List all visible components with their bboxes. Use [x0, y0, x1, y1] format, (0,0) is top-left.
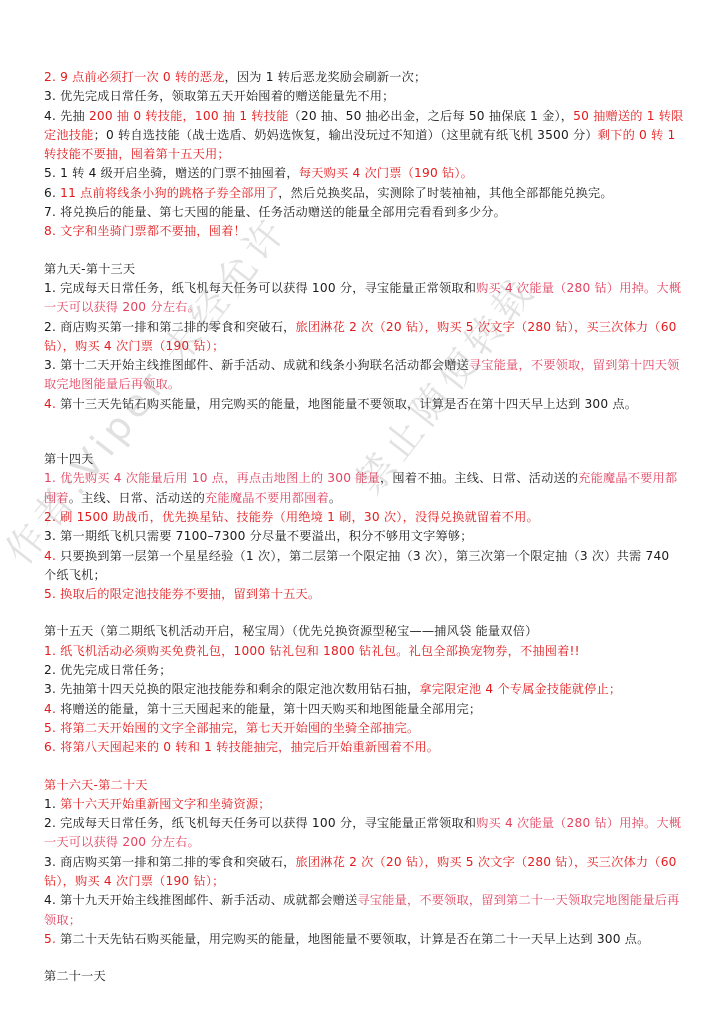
list-item: 2. 刷 1500 助战币，优先换星钻、技能券（用绝境 1 刷，30 次），没得…	[44, 508, 684, 527]
list-item: 2. 商店购买第一排和第二排的零食和突破石，旅团淋花 2 次（20 钻），购买 …	[44, 318, 684, 357]
text-run: 。	[329, 491, 341, 505]
text-run: 200 抽 0 转技能，100 抽 1 转技能	[89, 109, 289, 123]
text-run: 将赠送的能量，第十三天囤起来的能量，第十四天购买和地图能量全部用完；	[60, 702, 481, 716]
section-spacer	[44, 758, 684, 776]
list-item: 2. 优先完成日常任务；	[44, 661, 684, 680]
text-run: （20 抽、50 抽必出金，之后每 50 抽保底 1 金），	[289, 109, 574, 123]
day-section: 第九天-第十三天1. 完成每天日常任务，纸飞机每天任务可以获得 100 分，寻宝…	[44, 260, 684, 414]
text-run: 4. 先抽	[44, 109, 89, 123]
text-run: 4. 第十九天开始主线推图邮件、新手活动、成就都会赠送	[44, 893, 357, 907]
text-run: 2.	[44, 70, 60, 84]
text-run: 9 点前必须打一次 0 转的恶龙	[60, 70, 224, 84]
list-item: 4. 第十三天先钻石购买能量，用完购买的能量，地图能量不要领取，计算是否在第十四…	[44, 395, 684, 414]
text-run: 只要换到第一层第一个星星经验（1 次），第二层第一个限定抽（3 次），第三次第一…	[44, 549, 669, 582]
section-heading: 第十六天-第二十天	[44, 776, 684, 795]
text-run: 第十三天先钻石购买能量，用完购买的能量，地图能量不要领取，计算是否在第十四天早上…	[60, 397, 637, 411]
text-run: 7. 将兑换后的能量、第七天囤的能量、任务活动赠送的能量全部用完看看到多少分。	[44, 205, 506, 219]
list-item: 1. 完成每天日常任务，纸飞机每天任务可以获得 100 分，寻宝能量正常领取和购…	[44, 279, 684, 318]
list-item: 3. 先抽第十四天兑换的限定池技能券和剩余的限定池次数用钻石抽，拿完限定池 4 …	[44, 680, 684, 699]
document-page: 2. 9 点前必须打一次 0 转的恶龙，因为 1 转后恶龙奖励会刷新一次；3. …	[44, 68, 684, 986]
text-run: 第二十天先钻石购买能量，用完购买的能量，地图能量不要领取，计算是否在第二十一天早…	[60, 932, 649, 946]
text-run: ，因为 1 转后恶龙奖励会刷新一次；	[225, 70, 427, 84]
section-heading: 第二十一天	[44, 967, 684, 986]
text-run: ，然后兑换奖品，实测除了时装袖䄂，其他全部都能兑换完。	[278, 186, 612, 200]
text-run: 3. 第一期纸飞机只需要 7100–7300 分尽量不要溢出，积分不够用文字筹够…	[44, 529, 473, 543]
text-run: 1. 纸飞机活动必须购买免费礼包，1000 钻礼包和 1800 钻礼包。礼包全部…	[44, 644, 580, 658]
text-run: 第十六天开始重新囤文字和坐骑资源；	[60, 797, 271, 811]
text-run: 6.	[44, 186, 60, 200]
list-item: 6. 将第八天囤起来的 0 转和 1 转技能抽完，抽完后开始重新囤着不用。	[44, 738, 684, 757]
list-item: 3. 第十二天开始主线推图邮件、新手活动、成就和线条小狗联名活动都会赠送寻宝能量…	[44, 356, 684, 395]
text-run: 1. 优先购买 4 次能量后用 10 点，再点击地图上的 300 能量	[44, 471, 380, 485]
text-run: 拿完限定池 4 个专属金技能就停止；	[419, 682, 621, 696]
text-run: 5. 1 转 4 级开启坐骑，赠送的门票不抽囤着，	[44, 166, 299, 180]
text-run: 2. 刷 1500 助战币，优先换星钻、技能券（用绝境 1 刷，30 次），没得…	[44, 510, 539, 524]
section-heading: 第十五天（第二期纸飞机活动开启，秘宝周）（优先兑换资源型秘宝——捕风袋 能量双倍…	[44, 622, 684, 641]
list-item: 4. 只要换到第一层第一个星星经验（1 次），第二层第一个限定抽（3 次），第三…	[44, 547, 684, 586]
day-section: 第二十一天	[44, 967, 684, 986]
list-item: 8. 文字和坐骑门票都不要抽，囤着！	[44, 222, 684, 241]
list-item: 5. 换取后的限定池技能券不要抽，留到第十五天。	[44, 585, 684, 604]
section-heading: 第十四天	[44, 450, 684, 469]
day-section: 第十六天-第二十天1. 第十六天开始重新囤文字和坐骑资源；2. 完成每天日常任务…	[44, 776, 684, 950]
section-heading: 第九天-第十三天	[44, 260, 684, 279]
section-spacer	[44, 949, 684, 967]
text-run: 6. 将第八天囤起来的 0 转和 1 转技能抽完，抽完后开始重新囤着不用。	[44, 740, 439, 754]
text-run: 4.	[44, 397, 60, 411]
text-run: 4.	[44, 702, 60, 716]
text-run: 1.	[44, 797, 60, 811]
text-run: 5. 换取后的限定池技能券不要抽，留到第十五天。	[44, 587, 320, 601]
list-item: 2. 9 点前必须打一次 0 转的恶龙，因为 1 转后恶龙奖励会刷新一次；	[44, 68, 684, 87]
text-run: ，囤着不抽。主线、日常、活动送的	[380, 471, 578, 485]
text-run: 充能魔晶不要用都囤着	[205, 491, 329, 505]
section-spacer	[44, 242, 684, 260]
list-item: 1. 纸飞机活动必须购买免费礼包，1000 钻礼包和 1800 钻礼包。礼包全部…	[44, 642, 684, 661]
text-run: 3. 第十二天开始主线推图邮件、新手活动、成就和线条小狗联名活动都会赠送	[44, 358, 469, 372]
list-item: 3. 商店购买第一排和第二排的零食和突破石，旅团淋花 2 次（20 钻），购买 …	[44, 853, 684, 892]
text-run: 11 点前将线条小狗的跳格子券全部用了	[60, 186, 278, 200]
list-item: 4. 先抽 200 抽 0 转技能，100 抽 1 转技能（20 抽、50 抽必…	[44, 107, 684, 165]
text-run: 。主线、日常、活动送的	[69, 491, 205, 505]
list-item: 1. 第十六天开始重新囤文字和坐骑资源；	[44, 795, 684, 814]
text-run: 2. 商店购买第一排和第二排的零食和突破石，	[44, 320, 295, 334]
day-section: 第十四天1. 优先购买 4 次能量后用 10 点，再点击地图上的 300 能量，…	[44, 450, 684, 604]
list-item: 3. 第一期纸飞机只需要 7100–7300 分尽量不要溢出，积分不够用文字筹够…	[44, 527, 684, 546]
list-item: 5. 将第二天开始囤的文字全部抽完，第七天开始囤的坐骑全部抽完。	[44, 719, 684, 738]
text-run: 3. 优先完成日常任务，领取第五天开始囤着的赠送能量先不用；	[44, 89, 395, 103]
text-run: 2. 优先完成日常任务；	[44, 663, 172, 677]
text-run: 3. 先抽第十四天兑换的限定池技能券和剩余的限定池次数用钻石抽，	[44, 682, 419, 696]
text-run: 3. 商店购买第一排和第二排的零食和突破石，	[44, 855, 295, 869]
list-item: 4. 将赠送的能量，第十三天囤起来的能量，第十四天购买和地图能量全部用完；	[44, 700, 684, 719]
text-run: 1. 完成每天日常任务，纸飞机每天任务可以获得 100 分，寻宝能量正常领取和	[44, 281, 476, 295]
section-spacer	[44, 604, 684, 622]
text-run: 每天购买 4 次门票（190 钻）。	[299, 166, 473, 180]
list-item: 5. 1 转 4 级开启坐骑，赠送的门票不抽囤着，每天购买 4 次门票（190 …	[44, 164, 684, 183]
section-spacer	[44, 414, 684, 450]
list-item: 2. 完成每天日常任务，纸飞机每天任务可以获得 100 分，寻宝能量正常领取和购…	[44, 814, 684, 853]
text-run: 2. 完成每天日常任务，纸飞机每天任务可以获得 100 分，寻宝能量正常领取和	[44, 816, 476, 830]
text-run: 8. 文字和坐骑门票都不要抽，囤着！	[44, 224, 246, 238]
list-item: 3. 优先完成日常任务，领取第五天开始囤着的赠送能量先不用；	[44, 87, 684, 106]
list-item: 6. 11 点前将线条小狗的跳格子券全部用了，然后兑换奖品，实测除了时装袖䄂，其…	[44, 184, 684, 203]
list-item: 1. 优先购买 4 次能量后用 10 点，再点击地图上的 300 能量，囤着不抽…	[44, 469, 684, 508]
list-item: 7. 将兑换后的能量、第七天囤的能量、任务活动赠送的能量全部用完看看到多少分。	[44, 203, 684, 222]
text-run: 5. 将第二天开始囤的文字全部抽完，第七天开始囤的坐骑全部抽完。	[44, 721, 419, 735]
list-item: 5. 第二十天先钻石购买能量，用完购买的能量，地图能量不要领取，计算是否在第二十…	[44, 930, 684, 949]
day-section: 第十五天（第二期纸飞机活动开启，秘宝周）（优先兑换资源型秘宝——捕风袋 能量双倍…	[44, 622, 684, 757]
text-run: ；0 转自选技能（战士选盾、奶妈选恢复，输出没玩过不知道）（这里就有纸飞机 35…	[94, 128, 598, 142]
list-item: 4. 第十九天开始主线推图邮件、新手活动、成就都会赠送寻宝能量，不要领取，留到第…	[44, 891, 684, 930]
text-run: 5.	[44, 932, 60, 946]
text-run: 4.	[44, 549, 60, 563]
